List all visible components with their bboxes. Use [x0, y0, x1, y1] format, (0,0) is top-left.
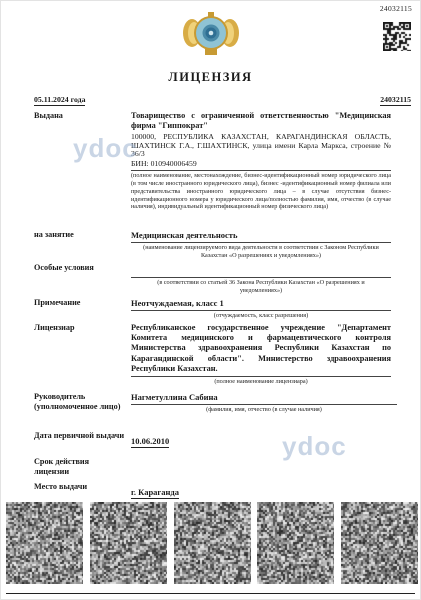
- organization-bin: БИН: 010940006459: [131, 159, 391, 168]
- barcode-strip: [6, 502, 418, 584]
- licensor-value: Республиканское государственное учрежден…: [131, 323, 391, 374]
- validity-label-line1: Срок действия: [34, 457, 129, 467]
- field-remark: Неотчуждаемая, класс 1 (отчуждаемость, к…: [131, 298, 391, 320]
- field-special: (в соответствии со статьей 36 Закона Рес…: [131, 263, 391, 294]
- field-licensor: Республиканское государственное учрежден…: [131, 323, 391, 386]
- field-note-activity: (наименование лицензируемого вида деятел…: [131, 244, 391, 259]
- field-label-place: Место выдачи: [34, 482, 129, 492]
- data-matrix-barcode: [341, 502, 418, 584]
- field-label-validity: Срок действия лицензии: [34, 457, 129, 477]
- field-note-remark: (отчуждаемость, класс разрешения): [131, 312, 391, 320]
- field-head: Нагметуллина Сабина (фамилия, имя, отчес…: [131, 392, 397, 414]
- field-label-first-issue: Дата первичной выдачи: [34, 431, 134, 441]
- field-note-licensor: (полное наименование лицензиара): [131, 378, 391, 386]
- data-matrix-barcode: [90, 502, 167, 584]
- head-label-line2: (уполномоченное лицо): [34, 402, 129, 412]
- field-rule: [131, 310, 391, 311]
- page-title: ЛИЦЕНЗИЯ: [1, 70, 420, 85]
- ydoc-watermark: ydoc: [282, 431, 347, 462]
- organization-address: 100000, РЕСПУБЛИКА КАЗАХСТАН, КАРАГАНДИН…: [131, 133, 391, 158]
- field-rule: [131, 242, 391, 243]
- special-empty-value: [131, 263, 391, 275]
- field-label-remark: Примечание: [34, 298, 129, 308]
- field-note-special: (в соответствии со статьей 36 Закона Рес…: [131, 279, 391, 294]
- document-number-top: 24032115: [380, 4, 412, 13]
- activity-value: Медицинская деятельность: [131, 230, 391, 240]
- issue-date: 05.11.2024 года: [34, 95, 85, 106]
- head-value: Нагметуллина Сабина: [131, 392, 397, 402]
- data-matrix-barcode: [6, 502, 83, 584]
- field-label-issued: Выдана: [34, 111, 129, 121]
- field-rule: [131, 170, 391, 171]
- field-label-special: Особые условия: [34, 263, 129, 273]
- field-rule: [131, 376, 391, 377]
- field-rule: [131, 277, 391, 278]
- field-note-issued: (полное наименование, местонахождение, б…: [131, 172, 391, 211]
- remark-value: Неотчуждаемая, класс 1: [131, 298, 391, 308]
- head-label-line1: Руководитель: [34, 392, 129, 402]
- field-note-head: (фамилия, имя, отчество (в случае наличи…: [131, 406, 397, 414]
- validity-label-line2: лицензии: [34, 467, 129, 477]
- license-document: 24032115 ЛИЦЕНЗИЯ 05.11.2024 года 240321…: [0, 0, 421, 600]
- data-matrix-barcode: [257, 502, 334, 584]
- place-value: г. Караганда: [131, 482, 179, 500]
- bottom-divider: [6, 593, 415, 594]
- field-label-head: Руководитель (уполномоченное лицо): [34, 392, 129, 412]
- field-rule: [131, 404, 397, 405]
- first-issue-value: 10.06.2010: [131, 431, 169, 449]
- kazakhstan-emblem-icon: [181, 10, 241, 63]
- field-label-activity: на занятие: [34, 230, 129, 240]
- field-issued: Товарищество с ограниченной ответственно…: [131, 111, 391, 211]
- field-label-licensor: Лицензиар: [34, 323, 129, 333]
- ydoc-watermark: ydoc: [73, 133, 138, 164]
- organization-name: Товарищество с ограниченной ответственно…: [131, 111, 391, 130]
- data-matrix-barcode: [174, 502, 251, 584]
- qr-code-icon: [383, 22, 411, 51]
- field-activity: Медицинская деятельность (наименование л…: [131, 230, 391, 259]
- license-number: 24032115: [380, 95, 411, 106]
